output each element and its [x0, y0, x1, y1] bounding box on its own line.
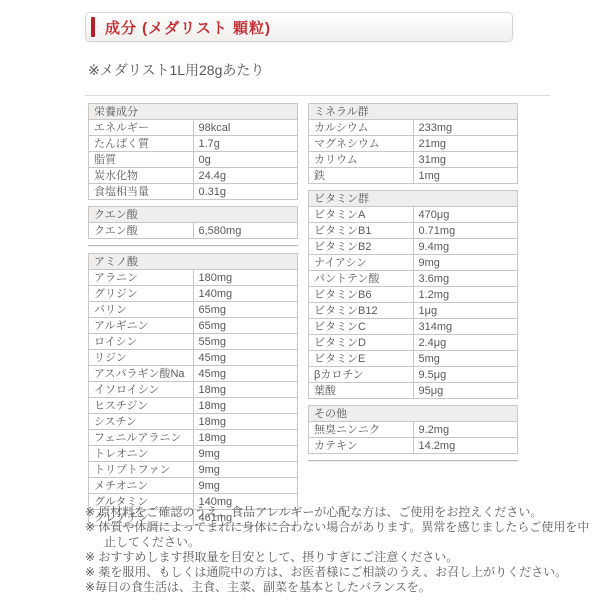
row-label: ビタミンB1 — [309, 223, 414, 239]
table-row: リジン45mg — [89, 350, 298, 366]
serving-note: ※メダリスト1L用28gあたり — [88, 60, 264, 80]
row-value: 1μg — [413, 303, 518, 319]
row-label: 脂質 — [89, 152, 194, 168]
row-value: 470μg — [413, 207, 518, 223]
row-label: グリジン — [89, 286, 194, 302]
footnotes: ※ 原材料をご確認のうえ、食品アレルギーが心配な方は、ご使用をお控えください。※… — [85, 505, 590, 595]
top-divider — [85, 95, 550, 96]
table-row: バリン65mg — [89, 302, 298, 318]
table-row: ロイシン55mg — [89, 334, 298, 350]
table-row: アラニン180mg — [89, 270, 298, 286]
table-row: フェニルアラニン18mg — [89, 430, 298, 446]
row-label: マグネシウム — [309, 136, 414, 152]
row-label: 炭水化物 — [89, 168, 194, 184]
table-row: アスパラギン酸Na45mg — [89, 366, 298, 382]
table-row: マグネシウム21mg — [309, 136, 518, 152]
table-header-row: ビタミン群 — [309, 191, 518, 207]
table-title: 栄養成分 — [89, 104, 298, 120]
section-divider — [308, 460, 518, 462]
table-title: クエン酸 — [89, 207, 298, 223]
row-label: アラニン — [89, 270, 194, 286]
row-value: 14.2mg — [413, 438, 518, 454]
row-label: 葉酸 — [309, 383, 414, 399]
table-row: ビタミンE5mg — [309, 351, 518, 367]
section-title-bar: 成分 (メダリスト 顆粒) — [85, 12, 513, 42]
row-value: 1.2mg — [413, 287, 518, 303]
table-header-row: 栄養成分 — [89, 104, 298, 120]
row-label: リジン — [89, 350, 194, 366]
table-row: クエン酸6,580mg — [89, 223, 298, 239]
row-value: 98kcal — [193, 120, 298, 136]
footnote: ※ 薬を服用、もしくは通院中の方は、お医者様にご相談のうえ、お召し上がりください… — [85, 565, 590, 580]
row-label: トレオニン — [89, 446, 194, 462]
row-label: ロイシン — [89, 334, 194, 350]
row-label: パントテン酸 — [309, 271, 414, 287]
section-divider — [88, 245, 298, 247]
row-value: 9mg — [193, 446, 298, 462]
row-value: 0.71mg — [413, 223, 518, 239]
row-label: フェニルアラニン — [89, 430, 194, 446]
row-label: クエン酸 — [89, 223, 194, 239]
row-value: 18mg — [193, 382, 298, 398]
row-value: 0.31g — [193, 184, 298, 200]
row-value: 18mg — [193, 398, 298, 414]
row-value: 9mg — [413, 255, 518, 271]
row-label: エネルギー — [89, 120, 194, 136]
section-title: 成分 (メダリスト 顆粒) — [105, 17, 271, 38]
row-value: 9.2mg — [413, 422, 518, 438]
row-label: カリウム — [309, 152, 414, 168]
row-label: トリプトファン — [89, 462, 194, 478]
row-label: ビタミンE — [309, 351, 414, 367]
row-value: 140mg — [193, 286, 298, 302]
row-label: たんぱく質 — [89, 136, 194, 152]
table-title: ミネラル群 — [309, 104, 518, 120]
row-value: 180mg — [193, 270, 298, 286]
table-title: アミノ酸 — [89, 254, 298, 270]
table-header-row: その他 — [309, 406, 518, 422]
row-value: 5mg — [413, 351, 518, 367]
red-accent-bar — [91, 17, 95, 37]
row-value: 31mg — [413, 152, 518, 168]
row-value: 45mg — [193, 350, 298, 366]
footnote: ※毎日の食生活は、主食、主菜、副菜を基本としたバランスを。 — [85, 580, 590, 595]
footnote: ※ 体質や体調によってまれに身体に合わない場合があります。異常を感じましたらご使… — [85, 520, 590, 550]
row-value: 314mg — [413, 319, 518, 335]
table-row: ビタミンB61.2mg — [309, 287, 518, 303]
right-column: ミネラル群カルシウム233mgマグネシウム21mgカリウム31mg鉄1mgビタミ… — [308, 103, 518, 468]
table-title: ビタミン群 — [309, 191, 518, 207]
table-row: ビタミンB10.71mg — [309, 223, 518, 239]
table-nutrition: 栄養成分エネルギー98kcalたんぱく質1.7g脂質0g炭水化物24.4g食塩相… — [88, 103, 298, 200]
row-value: 3.6mg — [413, 271, 518, 287]
row-label: ビタミンB12 — [309, 303, 414, 319]
row-value: 233mg — [413, 120, 518, 136]
row-label: イソロイシン — [89, 382, 194, 398]
table-row: イソロイシン18mg — [89, 382, 298, 398]
row-value: 2.4μg — [413, 335, 518, 351]
footnote: ※ おすすめします摂取量を目安として、摂りすぎにご注意ください。 — [85, 550, 590, 565]
table-others: その他無臭ニンニク9.2mgカテキン14.2mg — [308, 405, 518, 454]
table-row: メチオニン9mg — [89, 478, 298, 494]
row-label: ビタミンB6 — [309, 287, 414, 303]
table-header-row: ミネラル群 — [309, 104, 518, 120]
row-value: 1mg — [413, 168, 518, 184]
row-value: 45mg — [193, 366, 298, 382]
row-label: シスチン — [89, 414, 194, 430]
table-row: カルシウム233mg — [309, 120, 518, 136]
row-label: 無臭ニンニク — [309, 422, 414, 438]
row-label: ビタミンA — [309, 207, 414, 223]
table-amino-acids: アミノ酸アラニン180mgグリジン140mgバリン65mgアルギニン65mgロイ… — [88, 253, 298, 526]
table-citric-acid: クエン酸クエン酸6,580mg — [88, 206, 298, 239]
row-value: 9mg — [193, 462, 298, 478]
table-row: ビタミンB29.4mg — [309, 239, 518, 255]
table-row: グリジン140mg — [89, 286, 298, 302]
row-value: 9.5μg — [413, 367, 518, 383]
table-row: シスチン18mg — [89, 414, 298, 430]
table-vitamins: ビタミン群ビタミンA470μgビタミンB10.71mgビタミンB29.4mgナイ… — [308, 190, 518, 399]
row-value: 6,580mg — [193, 223, 298, 239]
row-value: 18mg — [193, 414, 298, 430]
table-row: ヒスチジン18mg — [89, 398, 298, 414]
left-column: 栄養成分エネルギー98kcalたんぱく質1.7g脂質0g炭水化物24.4g食塩相… — [88, 103, 298, 532]
row-value: 9mg — [193, 478, 298, 494]
table-row: パントテン酸3.6mg — [309, 271, 518, 287]
row-value: 55mg — [193, 334, 298, 350]
row-label: ビタミンB2 — [309, 239, 414, 255]
row-value: 0g — [193, 152, 298, 168]
footnote: ※ 原材料をご確認のうえ、食品アレルギーが心配な方は、ご使用をお控えください。 — [85, 505, 590, 520]
row-label: ナイアシン — [309, 255, 414, 271]
table-row: ビタミンD2.4μg — [309, 335, 518, 351]
row-label: アスパラギン酸Na — [89, 366, 194, 382]
table-row: トレオニン9mg — [89, 446, 298, 462]
table-header-row: クエン酸 — [89, 207, 298, 223]
row-value: 24.4g — [193, 168, 298, 184]
table-row: ナイアシン9mg — [309, 255, 518, 271]
table-row: ビタミンA470μg — [309, 207, 518, 223]
row-label: 鉄 — [309, 168, 414, 184]
table-row: 葉酸95μg — [309, 383, 518, 399]
row-value: 65mg — [193, 302, 298, 318]
table-header-row: アミノ酸 — [89, 254, 298, 270]
ingredients-section: 成分 (メダリスト 顆粒) ※メダリスト1L用28gあたり 栄養成分エネルギー9… — [0, 0, 600, 600]
table-row: アルギニン65mg — [89, 318, 298, 334]
table-row: 食塩相当量0.31g — [89, 184, 298, 200]
table-row: 脂質0g — [89, 152, 298, 168]
row-value: 21mg — [413, 136, 518, 152]
table-row: 無臭ニンニク9.2mg — [309, 422, 518, 438]
row-label: βカロチン — [309, 367, 414, 383]
row-label: ヒスチジン — [89, 398, 194, 414]
table-row: カリウム31mg — [309, 152, 518, 168]
table-row: カテキン14.2mg — [309, 438, 518, 454]
table-row: ビタミンC314mg — [309, 319, 518, 335]
row-label: カルシウム — [309, 120, 414, 136]
row-label: メチオニン — [89, 478, 194, 494]
table-row: トリプトファン9mg — [89, 462, 298, 478]
row-value: 65mg — [193, 318, 298, 334]
row-value: 1.7g — [193, 136, 298, 152]
row-value: 9.4mg — [413, 239, 518, 255]
table-title: その他 — [309, 406, 518, 422]
row-label: アルギニン — [89, 318, 194, 334]
row-value: 95μg — [413, 383, 518, 399]
table-row: βカロチン9.5μg — [309, 367, 518, 383]
table-row: エネルギー98kcal — [89, 120, 298, 136]
row-value: 18mg — [193, 430, 298, 446]
table-row: たんぱく質1.7g — [89, 136, 298, 152]
row-label: ビタミンC — [309, 319, 414, 335]
table-minerals: ミネラル群カルシウム233mgマグネシウム21mgカリウム31mg鉄1mg — [308, 103, 518, 184]
row-label: 食塩相当量 — [89, 184, 194, 200]
table-row: ビタミンB121μg — [309, 303, 518, 319]
row-label: カテキン — [309, 438, 414, 454]
row-label: バリン — [89, 302, 194, 318]
table-row: 鉄1mg — [309, 168, 518, 184]
row-label: ビタミンD — [309, 335, 414, 351]
table-row: 炭水化物24.4g — [89, 168, 298, 184]
